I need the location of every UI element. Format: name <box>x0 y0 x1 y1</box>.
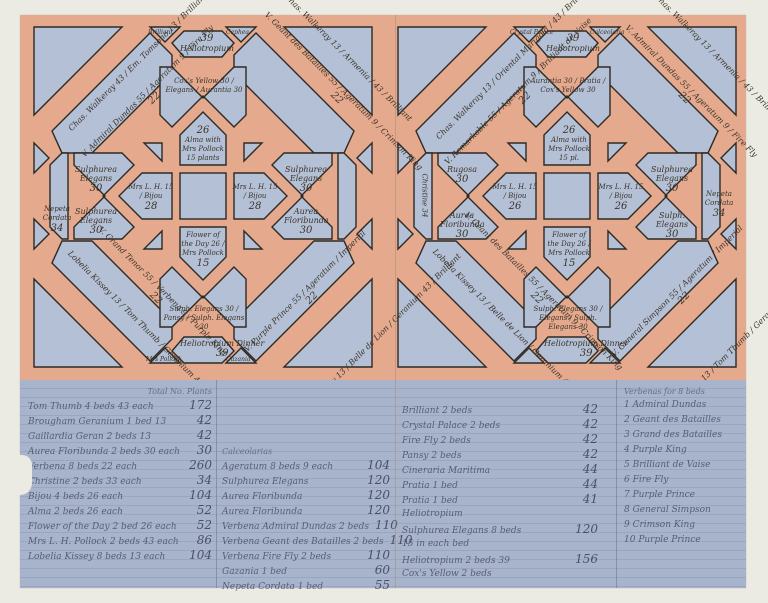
list-item: Sulphurea Elegans 8 beds120 <box>402 522 598 537</box>
column-rule <box>616 380 617 588</box>
list-item: Crystal Palace 2 beds42 <box>402 417 598 432</box>
bed-plant: Christine <box>420 174 428 207</box>
list-item: Lobelia Kissey 8 beds 13 each104 <box>28 548 212 563</box>
list-header: Verbenas for 8 beds <box>624 386 740 398</box>
bed-label: Sulph. Elegans 30 <box>650 211 694 240</box>
list-item: Sulphurea Elegans120 <box>222 473 390 488</box>
bed-plant: Aurea Floribunda <box>284 207 329 225</box>
bed-count: 34 <box>704 208 734 219</box>
list-item: 5 Brilliant de Vaise <box>624 458 740 473</box>
bed-plant: Mrs L. H. 15 / Bijou <box>599 183 644 200</box>
list-item: 3 Grand des Batailles <box>624 428 740 443</box>
list-item: 10 Purple Prince <box>624 533 740 548</box>
bed-plant: Alma with Mrs Pollock 15 plants <box>182 136 224 162</box>
bed-label: Rugosa 30 <box>440 165 484 185</box>
list-item: 9 Crimson King <box>624 518 740 533</box>
list-header: Calceolarias <box>222 446 390 458</box>
list-item: Alma 2 beds 26 each52 <box>28 503 212 518</box>
bed-count: 26 <box>546 125 592 136</box>
bed-count: 26 <box>180 125 226 136</box>
list-item: Gazania 1 bed60 <box>222 563 390 578</box>
list-item: Aurea Floribunda120 <box>222 488 390 503</box>
bed-count: 30 <box>284 183 328 194</box>
bed-label: Cephea <box>226 28 249 37</box>
bed-plant: Rugosa <box>447 165 477 174</box>
list-item: Verbena Geant des Batailles 2 beds110 <box>222 533 390 548</box>
plant-list-2: Calceolarias Ageratum 8 beds 9 each104 S… <box>222 446 390 593</box>
list-item: Christine 2 beds 33 each34 <box>28 473 212 488</box>
column-rule <box>216 380 217 588</box>
bed-plant: Sulph. Elegans <box>656 211 688 229</box>
bed-label: Mrs L. H. 15 / Bijou 28 <box>232 183 278 212</box>
list-item: Brougham Geranium 1 bed 1342 <box>28 413 212 428</box>
plant-list-1: Total No. Plants Tom Thumb 4 beds 43 eac… <box>28 386 212 563</box>
bed-label: Sulph. Elegans 30 / Elegans / Sulph. Ele… <box>526 305 610 332</box>
bed-plant: Mrs L. H. 15 / Bijou <box>233 183 278 200</box>
bed-count: 30 <box>440 174 484 185</box>
bed-count: 30 <box>650 229 694 240</box>
list-item: Bijou 4 beds 26 each104 <box>28 488 212 503</box>
bed-label: Heliotropium Dinner 39 <box>544 339 628 359</box>
list-item: Verbena 8 beds 22 each260 <box>28 458 212 473</box>
list-item: Heliotropium <box>402 507 598 522</box>
bed-plant: Mrs L. H. 15 / Bijou <box>129 183 174 200</box>
bed-count: 28 <box>128 201 174 212</box>
list-item: Tom Thumb 4 beds 43 each172 <box>28 398 212 413</box>
bed-plant: Sulphurea Elegans <box>651 165 693 183</box>
bed-plant: Sulphurea Elegans <box>285 165 327 183</box>
list-item: 2 Geant des Batailles <box>624 413 740 428</box>
bed-count: 26 <box>492 201 538 212</box>
bed-label: Nepeta Cordata 34 <box>704 190 734 219</box>
bed-label: 26 Alma with Mrs Pollock 15 pl. <box>546 125 592 163</box>
center-fold-crease <box>395 15 397 588</box>
list-item: 7 Purple Prince <box>624 488 740 503</box>
list-item: Ageratum 8 beds 9 each104 <box>222 458 390 473</box>
bed-label: Nepeta Cordata 34 <box>42 205 72 234</box>
paper-sheet: Chas. Walkeray 43 / Em. Tomsono 13 / Bri… <box>20 15 746 588</box>
list-item: Verbena Fire Fly 2 beds110 <box>222 548 390 563</box>
list-item: 4 Purple King <box>624 443 740 458</box>
bed-label: Christine 34 <box>419 174 428 218</box>
bed-count: 15 <box>546 258 592 269</box>
list-item: Fire Fly 2 beds42 <box>402 432 598 447</box>
list-item: Cineraria Maritima44 <box>402 462 598 477</box>
list-item: Cox's Yellow 2 beds <box>402 567 598 582</box>
bed-label: Sulph. Elegans 30 / Pansy / Sulph. Elega… <box>162 305 246 332</box>
list-item: 15 in each bed <box>402 537 598 552</box>
bed-plant: Sulphurea Elegans <box>75 207 117 225</box>
bed-label: Cox's Yellow 30 / Elegans / Aurantia 30 <box>162 77 246 95</box>
list-item: Nepeta Cordata 1 bed55 <box>222 578 390 593</box>
bed-label: Heliotropium Dinner 39 <box>180 339 264 359</box>
bed-count: 30 <box>74 183 118 194</box>
list-item: 6 Fire Fly <box>624 473 740 488</box>
bed-label: Sulphurea Elegans 30 <box>74 165 118 194</box>
list-item: Pratia 1 bed44 <box>402 477 598 492</box>
list-item: Flower of the Day 2 bed 26 each52 <box>28 518 212 533</box>
bed-label: 26 Alma with Mrs Pollock 15 plants <box>180 125 226 163</box>
bed-label: Mrs Pollock <box>146 355 182 364</box>
bed-count: 39 <box>544 348 628 359</box>
bed-count: 30 <box>284 225 328 236</box>
list-item: Aurea Floribunda120 <box>222 503 390 518</box>
bed-plant: Nepeta Cordata <box>43 205 72 222</box>
bed-label: Mrs L. H. 15 / Bijou 28 <box>128 183 174 212</box>
list-item: Heliotropium 2 beds 39156 <box>402 552 598 567</box>
bed-label: Flower of the Day 26 / Mrs Pollock 15 <box>180 231 226 269</box>
list-item: Brilliant 2 beds42 <box>402 402 598 417</box>
planting-plan: Chas. Walkeray 43 / Em. Tomsono 13 / Bri… <box>20 15 746 380</box>
list-item: Verbena Admiral Dundas 2 beds110 <box>222 518 390 533</box>
bed-label: Sulphurea Elegans 30 <box>650 165 694 194</box>
list-item: Gaillardia Geran 2 beds 1342 <box>28 428 212 443</box>
bed-count: 39 <box>180 348 264 359</box>
bed-count: 26 <box>598 201 644 212</box>
paper-tear <box>18 455 32 495</box>
list-item: 8 General Simpson <box>624 503 740 518</box>
bed-label: Mrs L. H. 15 / Bijou 26 <box>492 183 538 212</box>
bed-plant: Heliotropium Dinner <box>544 339 628 348</box>
bed-label: Sulphurea Elegans 30 <box>284 165 328 194</box>
bed-count: 15 <box>180 258 226 269</box>
list-header: Total No. Plants <box>28 386 212 398</box>
bed-count: 30 <box>650 183 694 194</box>
bed-label: Aurea Floribunda 30 <box>284 207 328 236</box>
bed-count: 34 <box>42 223 72 234</box>
list-item: 1 Admiral Dundas <box>624 398 740 413</box>
list-item: Aurea Floribunda 2 beds 30 each30 <box>28 443 212 458</box>
bed-plant: Flower of the Day 26 / Mrs Pollock <box>547 231 590 257</box>
bed-plant: Nepeta Cordata <box>705 190 734 207</box>
list-item: Pratia 1 bed41 <box>402 492 598 507</box>
list-item: Mrs L. H. Pollock 2 beds 43 each86 <box>28 533 212 548</box>
bed-label: Brilliant <box>148 28 173 37</box>
bed-plant: Alma with Mrs Pollock 15 pl. <box>548 136 590 162</box>
bed-plant: Mrs L. H. 15 / Bijou <box>493 183 538 200</box>
bed-count: 28 <box>232 201 278 212</box>
plant-list-3: Brilliant 2 beds42 Crystal Palace 2 beds… <box>402 402 598 582</box>
bed-count: 34 <box>420 209 428 218</box>
bed-label: Flower of the Day 26 / Mrs Pollock 15 <box>546 231 592 269</box>
bed-plant: Heliotropium Dinner <box>180 339 264 348</box>
verbena-list: Verbenas for 8 beds 1 Admiral Dundas 2 G… <box>624 386 740 548</box>
bed-label: Aurantia 30 / Pratia / Cox's Yellow 30 <box>526 77 610 95</box>
bed-label: Mrs L. H. 15 / Bijou 26 <box>598 183 644 212</box>
bed-label: Gazania <box>226 355 250 364</box>
plant-lists: Total No. Plants Tom Thumb 4 beds 43 eac… <box>20 380 746 588</box>
bed-plant: Flower of the Day 26 / Mrs Pollock <box>181 231 224 257</box>
list-item: Pansy 2 beds42 <box>402 447 598 462</box>
bed-plant: Sulphurea Elegans <box>75 165 117 183</box>
